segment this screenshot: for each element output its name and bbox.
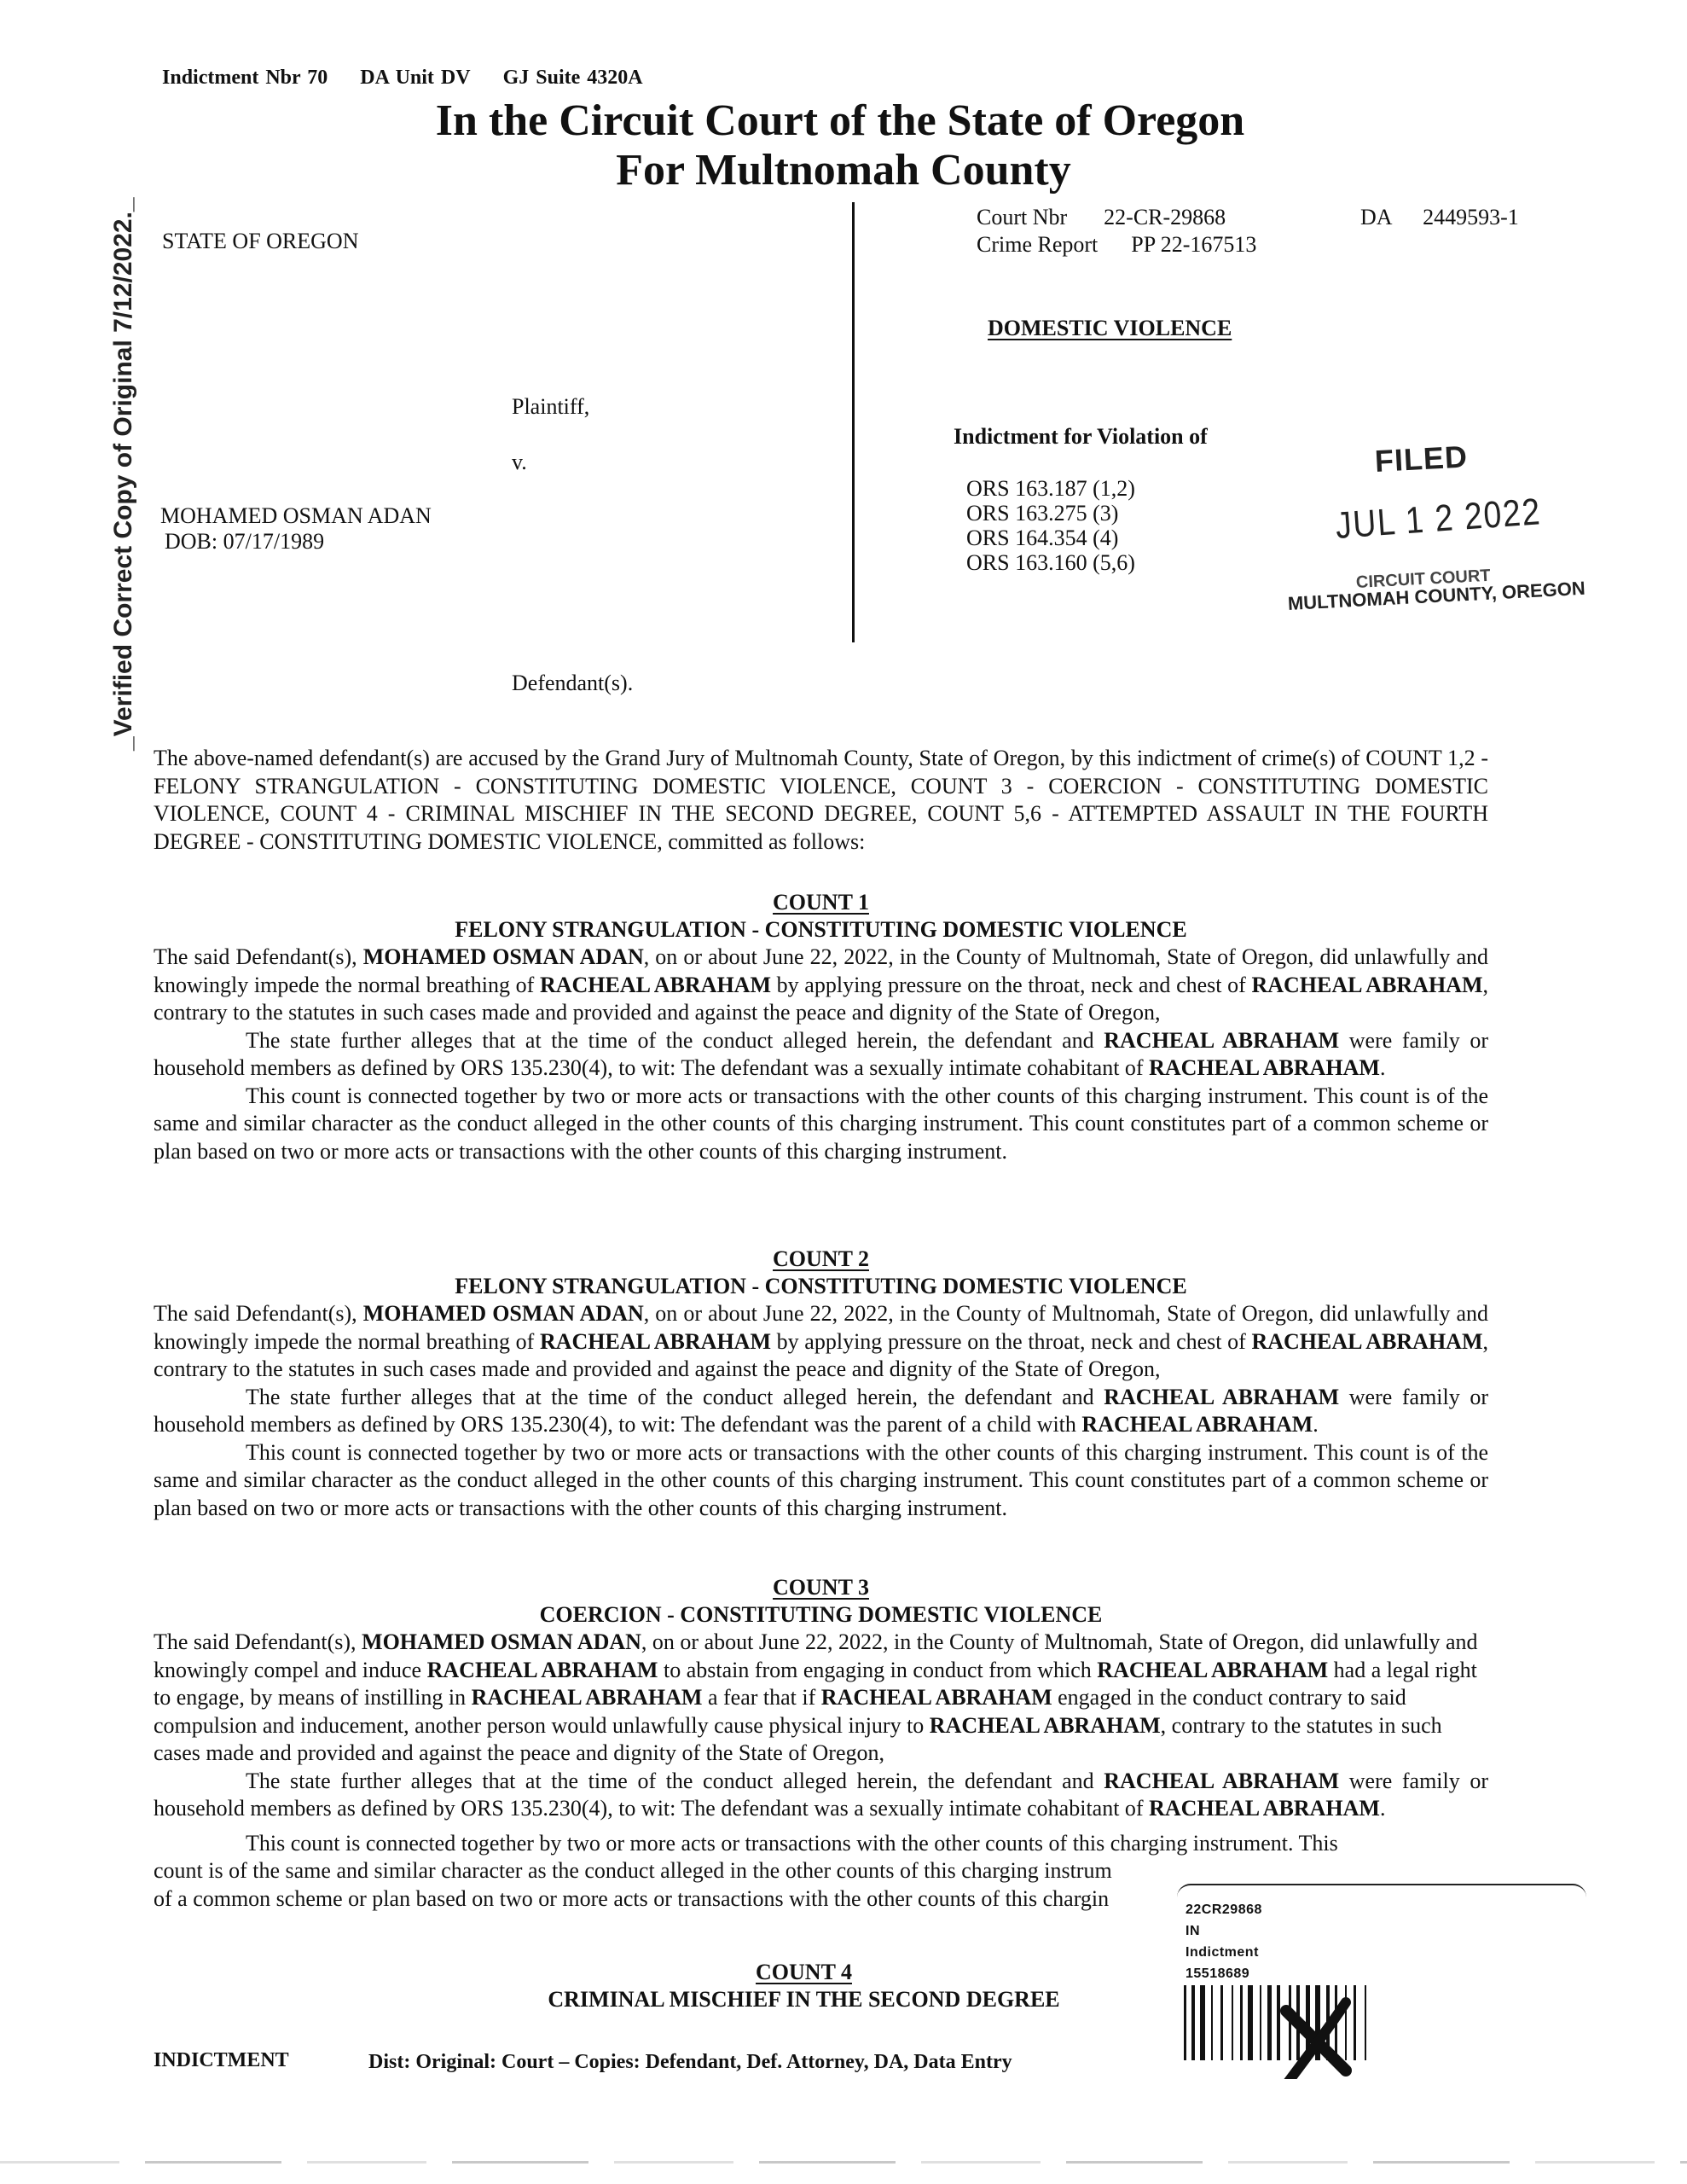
plaintiff-name: STATE OF OREGON <box>162 229 358 254</box>
county-title: For Multnomah County <box>0 145 1687 195</box>
count-relationship: The state further alleges that at the ti… <box>154 1768 1488 1823</box>
count-allegation: The said Defendant(s), MOHAMED OSMAN ADA… <box>154 944 1488 1027</box>
count-allegation: The said Defendant(s), MOHAMED OSMAN ADA… <box>154 1300 1488 1384</box>
barcode-type-code: IN <box>1186 1920 1262 1942</box>
count-4: COUNT 4 CRIMINAL MISCHIEF IN THE SECOND … <box>154 1959 1488 2013</box>
da-number: 2449593-1 <box>1423 205 1519 229</box>
footer-distribution: Dist: Original: Court – Copies: Defendan… <box>368 2051 1012 2074</box>
count-charge: FELONY STRANGULATION - CONSTITUTING DOME… <box>154 916 1488 944</box>
da-unit: DA Unit DV <box>360 67 470 89</box>
count-title: COUNT 1 <box>154 889 1488 916</box>
defendant-dob: DOB: 07/17/1989 <box>165 529 324 555</box>
court-title-text: In the Circuit Court of the State of Ore… <box>436 96 1244 145</box>
indictment-number: Indictment Nbr 70 <box>162 67 328 89</box>
header-meta: Indictment Nbr 70 DA Unit DV GJ Suite 43… <box>162 67 669 90</box>
da-number-row: DA 2449593-1 <box>1360 205 1519 230</box>
defendant-name: MOHAMED OSMAN ADAN <box>160 503 432 529</box>
defendant-label: Defendant(s). <box>512 671 633 696</box>
court-number-label: Court Nbr <box>977 205 1067 229</box>
statute-list: ORS 163.187 (1,2) ORS 163.275 (3) ORS 16… <box>966 476 1135 575</box>
count-joinder: This count is connected together by two … <box>154 1439 1488 1523</box>
count-relationship: The state further alleges that at the ti… <box>154 1384 1488 1439</box>
statute: ORS 163.275 (3) <box>966 501 1135 526</box>
count-charge: CRIMINAL MISCHIEF IN THE SECOND DEGREE <box>136 1986 1471 2013</box>
count-allegation: The said Defendant(s), MOHAMED OSMAN ADA… <box>154 1629 1488 1768</box>
verified-copy-stamp: _Verified Correct Copy of Original 7/12/… <box>109 197 138 751</box>
count-charge: COERCION - CONSTITUTING DOMESTIC VIOLENC… <box>154 1601 1488 1629</box>
count-title: COUNT 3 <box>154 1574 1488 1601</box>
statute: ORS 163.187 (1,2) <box>966 476 1135 501</box>
crime-report-row: Crime Report PP 22-167513 <box>977 232 1256 258</box>
intro-paragraph: The above-named defendant(s) are accused… <box>154 745 1488 856</box>
count-1: COUNT 1 FELONY STRANGULATION - CONSTITUT… <box>154 889 1488 1165</box>
court-number: 22-CR-29868 <box>1104 205 1226 229</box>
statute: ORS 164.354 (4) <box>966 526 1135 550</box>
plaintiff-label: Plaintiff, <box>512 394 589 420</box>
count-2: COUNT 2 FELONY STRANGULATION - CONSTITUT… <box>154 1246 1488 1522</box>
scan-edge <box>0 2161 1687 2164</box>
court-title: In the Circuit Court of the State of Ore… <box>0 96 1687 146</box>
count-joinder-line-1: This count is connected together by two … <box>154 1830 1488 1858</box>
statute: ORS 163.160 (5,6) <box>966 550 1135 575</box>
count-title: COUNT 4 <box>136 1959 1471 1986</box>
crime-report-label: Crime Report <box>977 232 1098 257</box>
count-relationship: The state further alleges that at the ti… <box>154 1027 1488 1083</box>
versus: v. <box>512 450 527 475</box>
crime-report-number: PP 22-167513 <box>1131 232 1256 257</box>
count-joinder-line-2: count is of the same and similar charact… <box>154 1857 1488 1885</box>
filed-stamp-date: JUL 1 2 2022 <box>1334 491 1542 548</box>
caption-divider <box>852 202 855 642</box>
count-charge: FELONY STRANGULATION - CONSTITUTING DOME… <box>154 1273 1488 1300</box>
count-3: COUNT 3 COERCION - CONSTITUTING DOMESTIC… <box>154 1574 1488 1913</box>
court-number-row: Court Nbr 22-CR-29868 <box>977 205 1226 230</box>
count-joinder: This count is connected together by two … <box>154 1083 1488 1166</box>
footer-doc-label: INDICTMENT <box>154 2049 289 2072</box>
filed-stamp-label: FILED <box>1374 439 1469 479</box>
intro-text: The above-named defendant(s) are accused… <box>154 745 1488 856</box>
da-label: DA <box>1360 205 1391 229</box>
count-title: COUNT 2 <box>154 1246 1488 1273</box>
violation-heading: Indictment for Violation of <box>954 424 1208 450</box>
case-type: DOMESTIC VIOLENCE <box>988 316 1232 341</box>
barcode-case-number: 22CR29868 <box>1186 1899 1262 1920</box>
gj-suite: GJ Suite 4320A <box>503 67 643 89</box>
